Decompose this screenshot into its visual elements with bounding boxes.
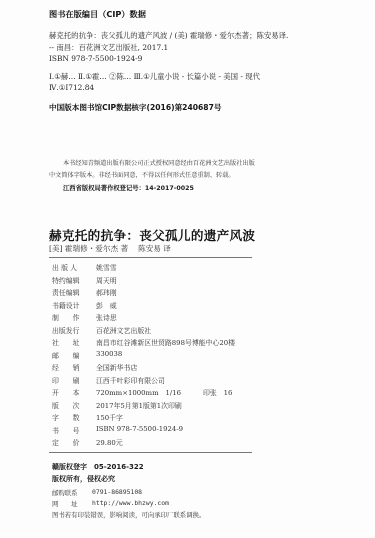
copyright-registration: 江西省版权局著作权登记号：14-2017-0025	[63, 183, 194, 192]
spec-value: 张诗思	[96, 312, 117, 322]
cip-isbn-line: ISBN 978-7-5500-1924-9	[49, 54, 142, 63]
spec-label: 字 数	[52, 412, 96, 422]
spec-value: 全国新华书店	[96, 362, 137, 372]
spec-value: 周天明	[96, 275, 117, 285]
copyright-page: 图书在版编目（CIP）数据 赫克托的抗争：丧父孤儿的遗产风波 / (美) 霍瑞修…	[0, 0, 375, 538]
spec-value: 彭 威	[96, 300, 117, 310]
book-byline: [美] 霍瑞修・爱尔杰 著 陈安易 译	[49, 243, 171, 254]
contact-label: 网 址	[52, 499, 92, 508]
contact-mail-order: 邮购联系0791-86895108	[52, 488, 142, 497]
cip-classification-1: Ⅰ.①赫… Ⅱ.①霍… ②陈… Ⅲ.①儿童小说 - 长篇小说 - 美国 - 现代	[49, 71, 260, 82]
spec-row-special-editor: 特约编辑周天明	[52, 275, 117, 285]
spec-label: 定 价	[52, 437, 96, 447]
book-title: 赫克托的抗争：丧父孤儿的遗产风波	[49, 225, 255, 244]
spec-row-word-count: 字 数150千字	[52, 412, 123, 422]
spec-row-isbn: 书 号ISBN 978-7-5500-1924-9	[52, 425, 183, 435]
spec-row-designer: 书籍设计彭 威	[52, 300, 117, 310]
spec-label: 责任编辑	[52, 287, 96, 297]
contact-label: 邮购联系	[52, 488, 92, 497]
specs-divider	[49, 452, 252, 453]
spec-row-publisher: 出 版 人姚雪雪	[52, 262, 117, 272]
license-notice-line2: 中文简体字版本。非经书面同意，不得以任何形式任意重制、转载。	[49, 170, 235, 179]
spec-row-edition: 版 次2017年5月第1版第1次印刷	[52, 400, 182, 410]
spec-value: 2017年5月第1版第1次印刷	[96, 400, 182, 410]
website-link: http://www.bhzwy.com	[92, 499, 169, 508]
spec-label: 开 本	[52, 387, 96, 397]
cip-title-line: 赫克托的抗争：丧父孤儿的遗产风波 / (美) 霍瑞修・爱尔杰著；陈安易译.	[49, 30, 288, 41]
spec-value: 江西千叶彩印有限公司	[96, 375, 165, 385]
cip-publisher-line: -- 南昌：百花洲文艺出版社, 2017.1	[49, 42, 168, 53]
spec-label: 书 号	[52, 425, 96, 435]
rights-reserved: 版权所有，侵权必究	[52, 474, 115, 484]
spec-value: 郝玮刚	[96, 287, 117, 297]
contact-value: 0791-86895108	[92, 488, 142, 497]
spec-value: 百花洲文艺出版社	[96, 325, 151, 335]
spec-label: 出 版 人	[52, 262, 96, 272]
contact-website: 网 址http://www.bhzwy.com	[52, 499, 169, 508]
cip-classification-2: Ⅳ.①I712.84	[49, 83, 94, 92]
spec-label: 印 刷	[52, 375, 96, 385]
spec-row-postcode: 邮 编330038	[52, 350, 122, 360]
spec-row-production: 制 作张诗思	[52, 312, 117, 322]
spec-row-format: 开 本720mm×1000mm 1/16印张 16	[52, 387, 232, 397]
spec-row-address: 社 址南昌市红谷滩新区世贸路898号博能中心20楼	[52, 337, 235, 347]
spec-label: 版 次	[52, 400, 96, 410]
spec-value: 南昌市红谷滩新区世贸路898号博能中心20楼	[96, 337, 235, 347]
spec-label: 邮 编	[52, 350, 96, 360]
spec-label: 特约编辑	[52, 275, 96, 285]
copyright-reg-number: 赣版权登字 05-2016-322	[52, 462, 144, 472]
spec-extra-sheets: 印张 16	[203, 387, 232, 397]
cip-heading: 图书在版编目（CIP）数据	[49, 9, 146, 20]
spec-row-printer: 印 刷江西千叶彩印有限公司	[52, 375, 165, 385]
spec-label: 书籍设计	[52, 300, 96, 310]
title-divider	[49, 257, 252, 258]
spec-label: 社 址	[52, 337, 96, 347]
spec-value: 150千字	[96, 412, 123, 422]
license-notice-line1: 本书经知青频道出版有限公司正式授权同意经由百花洲文艺出版社出版	[63, 158, 255, 167]
printing-error-note: 图书若有印装错误，影响阅读，可向承印厂联系调换。	[52, 510, 205, 519]
cip-verification: 中国版本图书馆CIP数据核字(2016)第240687号	[49, 102, 221, 113]
spec-label: 出版发行	[52, 325, 96, 335]
spec-value: ISBN 978-7-5500-1924-9	[96, 425, 183, 435]
spec-value: 姚雪雪	[96, 262, 117, 272]
spec-label: 经 销	[52, 362, 96, 372]
spec-value: 330038	[96, 350, 122, 360]
spec-value: 29.80元	[96, 437, 123, 447]
spec-value: 720mm×1000mm 1/16	[96, 387, 181, 397]
spec-row-seller: 经 销全国新华书店	[52, 362, 137, 372]
spec-row-responsible-editor: 责任编辑郝玮刚	[52, 287, 117, 297]
spec-row-price: 定 价29.80元	[52, 437, 123, 447]
spec-row-distributor: 出版发行百花洲文艺出版社	[52, 325, 151, 335]
spec-label: 制 作	[52, 312, 96, 322]
